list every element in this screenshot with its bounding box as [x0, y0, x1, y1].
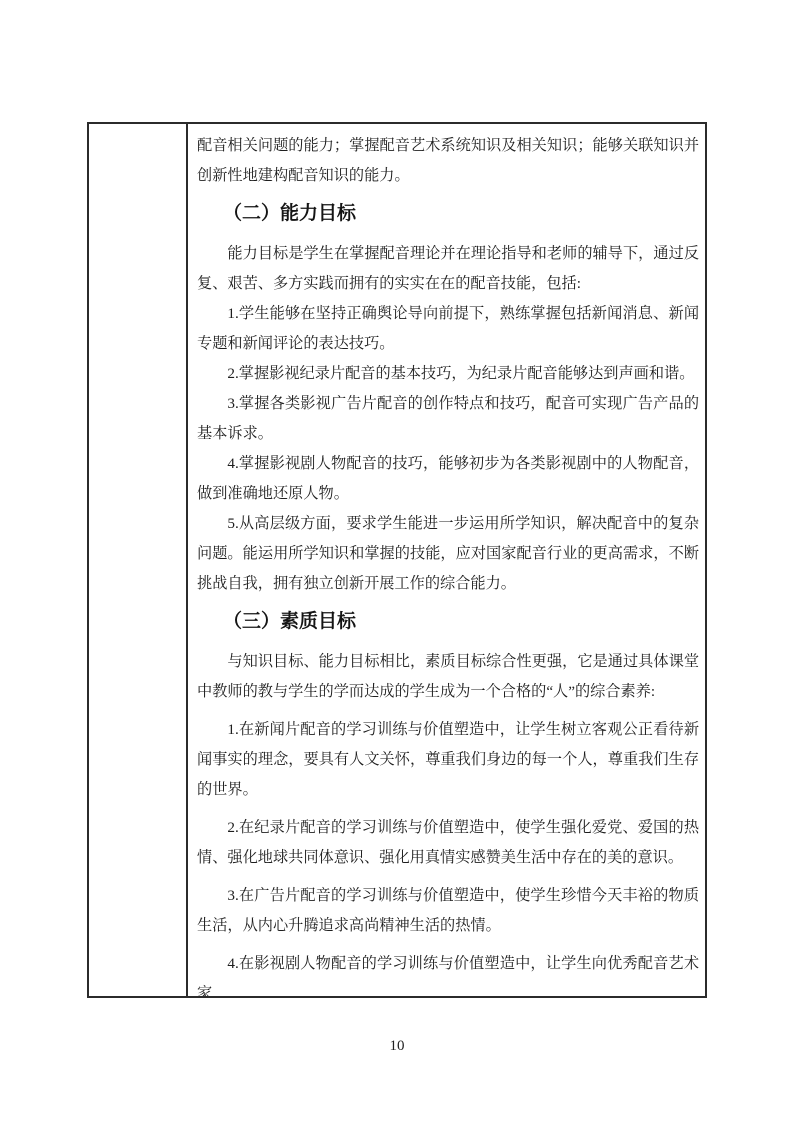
section-heading-ability-objectives: （二）能力目标 [223, 200, 699, 228]
quality-intro-paragraph: 与知识目标、能力目标相比，素质目标综合性更强，它是通过具体课堂中教师的教与学生的… [197, 647, 699, 707]
ability-item-3: 3.掌握各类影视广告片配音的创作特点和技巧，配音可实现广告产品的基本诉求。 [197, 389, 699, 449]
quality-item-4: 4.在影视剧人物配音的学习训练与价值塑造中，让学生向优秀配音艺术家 [197, 949, 699, 996]
ability-intro-paragraph: 能力目标是学生在掌握配音理论并在理论指导和老师的辅导下，通过反复、艰苦、多方实践… [197, 239, 699, 299]
ability-item-4: 4.掌握影视剧人物配音的技巧，能够初步为各类影视剧中的人物配音，做到准确地还原人… [197, 449, 699, 509]
continuation-paragraph: 配音相关问题的能力；掌握配音艺术系统知识及相关知识；能够关联知识并创新性地建构配… [197, 131, 699, 191]
table-left-column [89, 124, 188, 996]
page-number: 10 [0, 1036, 794, 1056]
course-objectives-table: 配音相关问题的能力；掌握配音艺术系统知识及相关知识；能够关联知识并创新性地建构配… [87, 122, 707, 998]
quality-item-2: 2.在纪录片配音的学习训练与价值塑造中，使学生强化爱党、爱国的热情、强化地球共同… [197, 813, 699, 873]
ability-item-5: 5.从高层级方面，要求学生能进一步运用所学知识，解决配音中的复杂问题。能运用所学… [197, 509, 699, 599]
ability-item-2: 2.掌握影视纪录片配音的基本技巧，为纪录片配音能够达到声画和谐。 [197, 359, 699, 389]
document-page: 配音相关问题的能力；掌握配音艺术系统知识及相关知识；能够关联知识并创新性地建构配… [0, 0, 794, 1123]
ability-item-1: 1.学生能够在坚持正确舆论导向前提下，熟练掌握包括新闻消息、新闻专题和新闻评论的… [197, 299, 699, 359]
section-heading-quality-objectives: （三）素质目标 [223, 608, 699, 636]
quality-item-3: 3.在广告片配音的学习训练与价值塑造中，使学生珍惜今天丰裕的物质生活，从内心升腾… [197, 881, 699, 941]
table-content-column: 配音相关问题的能力；掌握配音艺术系统知识及相关知识；能够关联知识并创新性地建构配… [188, 124, 705, 996]
quality-item-1: 1.在新闻片配音的学习训练与价值塑造中，让学生树立客观公正看待新闻事实的理念，要… [197, 715, 699, 805]
